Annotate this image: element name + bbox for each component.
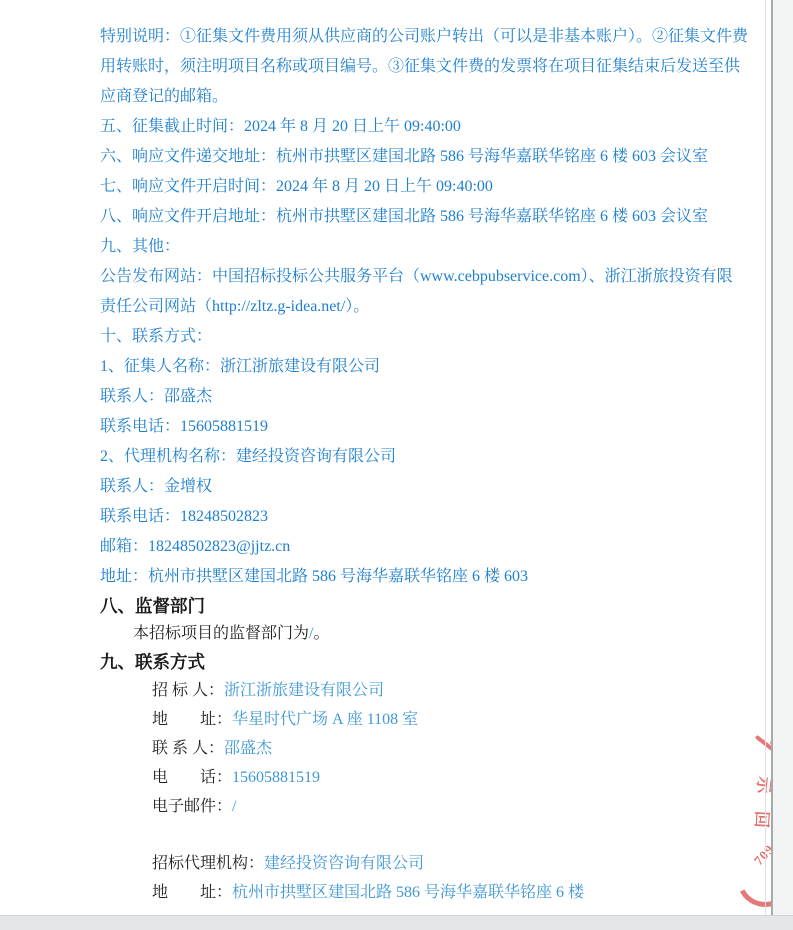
notice-line-address: 地址：杭州市拱墅区建国北路 586 号海华嘉联华铭座 6 楼 603 — [100, 562, 700, 592]
contact-section: 九、联系方式 招 标 人：浙江浙旅建设有限公司 地 址：华星时代广场 A 座 1… — [100, 648, 700, 907]
page-edge-strip — [773, 0, 793, 930]
contact-value: 杭州市拱墅区建国北路 586 号海华嘉联华铭座 6 楼 — [232, 884, 584, 901]
contact-row-agency: 招标代理机构：建经投资咨询有限公司 — [100, 849, 700, 878]
contact-value: 华星时代广场 A 座 1108 室 — [232, 711, 418, 728]
contact-label: 地 址： — [152, 884, 232, 901]
notice-line-agency-name: 2、代理机构名称：建经投资咨询有限公司 — [100, 442, 700, 472]
notice-line-submit-address: 六、响应文件递交地址：杭州市拱墅区建国北路 586 号海华嘉联华铭座 6 楼 6… — [100, 142, 700, 172]
page-edge-line-light — [765, 0, 766, 916]
notice-line-contact-person-1: 联系人：邵盛杰 — [100, 382, 700, 412]
supervision-section: 八、监督部门 本招标项目的监督部门为/。 — [100, 592, 700, 648]
contact-row-phone: 电 话：15605881519 — [100, 763, 700, 792]
special-note-paragraph: 特别说明：①征集文件费用须从供应商的公司账户转出（可以是非基本账户）。②征集文件… — [100, 22, 700, 112]
notice-line: 特别说明：①征集文件费用须从供应商的公司账户转出（可以是非基本账户）。②征集文件… — [100, 22, 700, 52]
contact-row-agency-address: 地 址：杭州市拱墅区建国北路 586 号海华嘉联华铭座 6 楼 — [100, 878, 700, 907]
contact-label: 电 话： — [152, 769, 232, 786]
supervision-period: 。 — [313, 625, 329, 642]
page-bottom-bar — [0, 915, 793, 930]
contact-row-tenderer: 招 标 人：浙江浙旅建设有限公司 — [100, 676, 700, 705]
contact-label: 电子邮件： — [152, 798, 232, 815]
notice-list: 五、征集截止时间：2024 年 8 月 20 日上午 09:40:00 六、响应… — [100, 112, 700, 592]
contact-label: 招 标 人： — [152, 682, 224, 699]
notice-line-email: 邮箱：18248502823@jjtz.cn — [100, 532, 700, 562]
notice-line-contact-phone-2: 联系电话：18248502823 — [100, 502, 700, 532]
notice-line: 应商登记的邮箱。 — [100, 82, 700, 112]
contact-label: 联 系 人： — [152, 740, 224, 757]
notice-line-open-address: 八、响应文件开启地址：杭州市拱墅区建国北路 586 号海华嘉联华铭座 6 楼 6… — [100, 202, 700, 232]
notice-line-other: 九、其他： — [100, 232, 700, 262]
contact-value: / — [232, 798, 236, 815]
notice-line-collector-name: 1、征集人名称：浙江浙旅建设有限公司 — [100, 352, 700, 382]
supervision-heading: 八、监督部门 — [100, 592, 700, 620]
notice-line-contact-phone-1: 联系电话：15605881519 — [100, 412, 700, 442]
supervision-text: 本招标项目的监督部门为 — [133, 625, 309, 642]
contact-row-address: 地 址：华星时代广场 A 座 1108 室 — [100, 705, 700, 734]
contact-value: 浙江浙旅建设有限公司 — [224, 682, 384, 699]
contact-heading: 九、联系方式 — [100, 648, 700, 676]
document-content: 特别说明：①征集文件费用须从供应商的公司账户转出（可以是非基本账户）。②征集文件… — [100, 22, 700, 907]
contact-value: 建经投资咨询有限公司 — [264, 855, 424, 872]
notice-line-contact-heading: 十、联系方式： — [100, 322, 700, 352]
notice-line-contact-person-2: 联系人：金增权 — [100, 472, 700, 502]
contact-label: 招标代理机构： — [152, 855, 264, 872]
contact-value: 邵盛杰 — [224, 740, 272, 757]
contact-row-email: 电子邮件：/ — [100, 792, 700, 821]
notice-line-open-time: 七、响应文件开启时间：2024 年 8 月 20 日上午 09:40:00 — [100, 172, 700, 202]
notice-line-publish-site-1: 公告发布网站：中国招标投标公共服务平台（www.cebpubservice.co… — [100, 262, 700, 292]
notice-line-deadline: 五、征集截止时间：2024 年 8 月 20 日上午 09:40:00 — [100, 112, 700, 142]
notice-line-publish-site-2: 责任公司网站（http://zltz.g-idea.net/）。 — [100, 292, 700, 322]
document-page: 特别说明：①征集文件费用须从供应商的公司账户转出（可以是非基本账户）。②征集文件… — [0, 0, 772, 916]
contact-value: 15605881519 — [232, 769, 320, 786]
supervision-body: 本招标项目的监督部门为/。 — [100, 620, 700, 648]
contact-row-person: 联 系 人：邵盛杰 — [100, 734, 700, 763]
contact-label: 地 址： — [152, 711, 232, 728]
notice-line: 用转账时，须注明项目名称或项目编号。③征集文件费的发票将在项目征集结束后发送至供 — [100, 52, 700, 82]
